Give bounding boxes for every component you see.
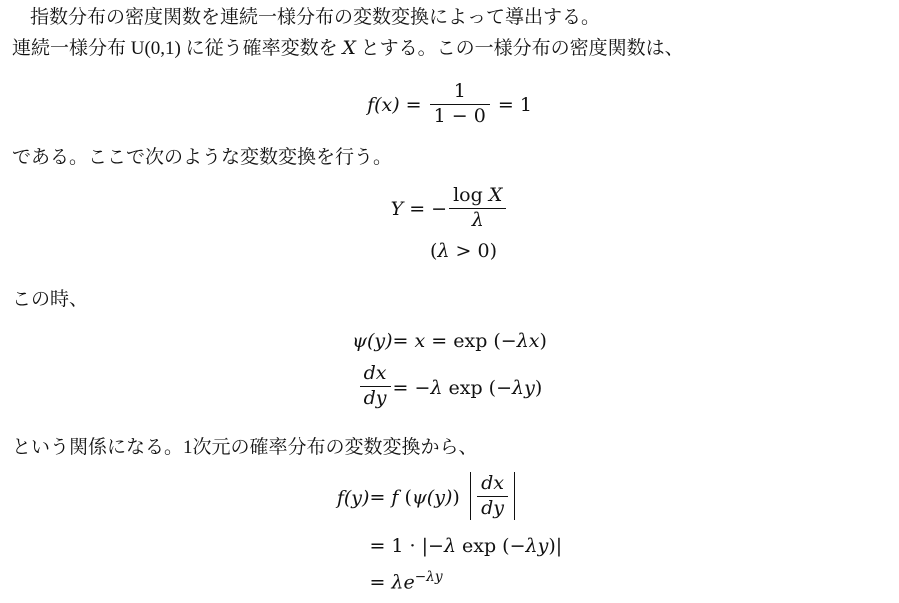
equation-uniform-density: f(x) = 11 − 0 = 1 (0, 82, 899, 131)
math-variable-x: X (342, 37, 356, 59)
equation-inverse-and-derivative: ψ(y) = x = exp (−λx) dxdy = −λ exp (−λy) (0, 330, 899, 413)
equation-line: f(x) = 11 − 0 = 1 (367, 94, 532, 116)
paragraph-intro: 指数分布の密度関数を連続一様分布の変数変換によって導出する。 (30, 6, 600, 30)
equation-density-derivation: f(y) = f (ψ(y)) dxdy = 1 · |−λ exp (−λy)… (0, 474, 899, 593)
equation-line: Y = −log Xλ (391, 198, 509, 220)
equation-lhs: ψ(y) (352, 330, 392, 352)
paragraph-uniform-setup: 連続一様分布 U(0,1) に従う確率変数を X とする。この一様分布の密度関数… (12, 36, 684, 61)
equation-variable-transform: Y = −log Xλ (λ > 0) (0, 186, 899, 263)
paragraph-at-this-time: この時、 (12, 288, 88, 312)
equation-rhs: = f (ψ(y)) dxdy (369, 474, 562, 523)
equation-lhs: f(y) (337, 487, 370, 509)
paragraph-text: とする。この一様分布の密度関数は、 (356, 38, 684, 59)
equation-rhs: = x = exp (−λx) (393, 330, 547, 352)
equation-rhs: = −λ exp (−λy) (393, 377, 547, 399)
paragraph-transform-intro: である。ここで次のような変数変換を行う。 (12, 146, 392, 170)
document-page: 指数分布の密度関数を連続一様分布の変数変換によって導出する。 連続一様分布 U(… (0, 0, 899, 603)
paragraph-text: 連続一様分布 U(0,1) に従う確率変数を (12, 38, 342, 59)
equation-lhs: dxdy (352, 364, 392, 413)
paragraph-relation: という関係になる。1次元の確率分布の変数変換から、 (12, 436, 478, 460)
equation-rhs: = λe−λy (369, 569, 562, 593)
equation-constraint: (λ > 0) (430, 240, 497, 262)
equation-rhs: = 1 · |−λ exp (−λy)| (369, 535, 562, 557)
